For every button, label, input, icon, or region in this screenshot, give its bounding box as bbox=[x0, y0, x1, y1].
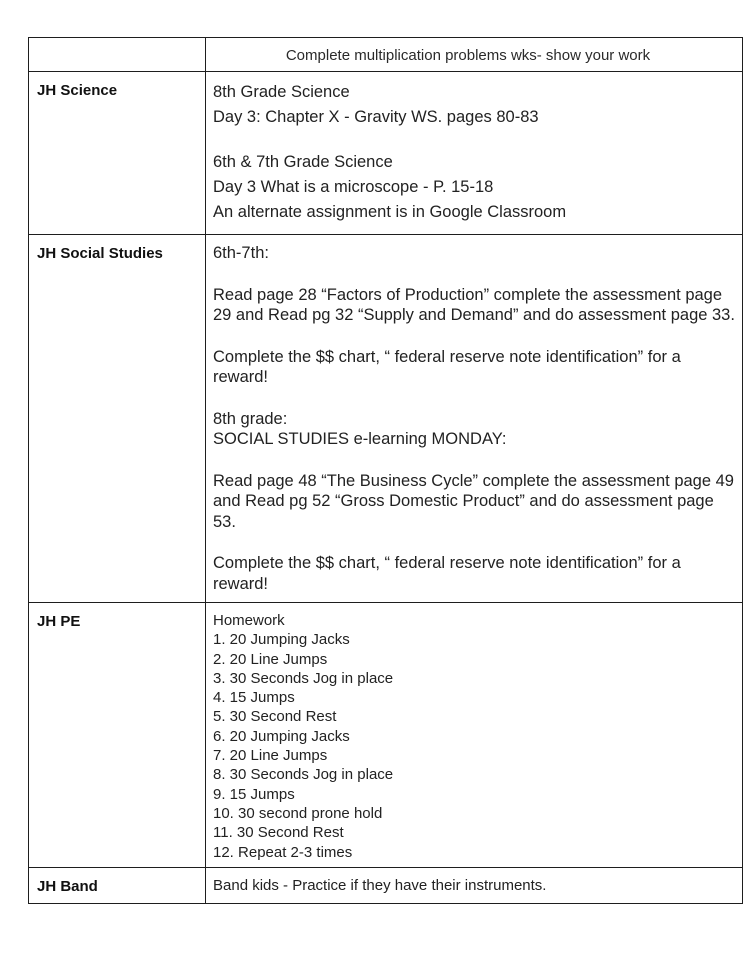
science-grade8-title: 8th Grade Science bbox=[213, 80, 736, 105]
subject-social-studies: JH Social Studies bbox=[29, 235, 205, 262]
social-label-cell: JH Social Studies bbox=[29, 235, 206, 603]
table-row-header: Complete multiplication problems wks- sh… bbox=[29, 38, 743, 72]
social-grade8-chart: Complete the $$ chart, “ federal reserve… bbox=[213, 553, 736, 594]
science-grade8-assignment: Day 3: Chapter X - Gravity WS. pages 80-… bbox=[213, 105, 736, 130]
subject-pe: JH PE bbox=[29, 603, 205, 630]
pe-item: 4. 15 Jumps bbox=[213, 688, 736, 707]
pe-label-cell: JH PE bbox=[29, 603, 206, 868]
social-grade67-chart: Complete the $$ chart, “ federal reserve… bbox=[213, 347, 736, 388]
pe-item: 11. 30 Second Rest bbox=[213, 823, 736, 842]
science-alternate-note: An alternate assignment is in Google Cla… bbox=[213, 200, 736, 225]
pe-item: 12. Repeat 2-3 times bbox=[213, 843, 736, 862]
header-label-cell bbox=[29, 38, 206, 72]
header-label bbox=[29, 38, 205, 48]
header-instructions: Complete multiplication problems wks- sh… bbox=[206, 38, 742, 64]
pe-item: 1. 20 Jumping Jacks bbox=[213, 630, 736, 649]
social-grade67-title: 6th-7th: bbox=[213, 243, 736, 264]
subject-band: JH Band bbox=[29, 868, 205, 895]
pe-item: 10. 30 second prone hold bbox=[213, 804, 736, 823]
table-row-pe: JH PE Homework 1. 20 Jumping Jacks 2. 20… bbox=[29, 603, 743, 868]
pe-item: 7. 20 Line Jumps bbox=[213, 746, 736, 765]
science-grade67-assignment: Day 3 What is a microscope - P. 15-18 bbox=[213, 175, 736, 200]
band-content-cell: Band kids - Practice if they have their … bbox=[206, 867, 743, 903]
header-content-cell: Complete multiplication problems wks- sh… bbox=[206, 38, 743, 72]
pe-item: 2. 20 Line Jumps bbox=[213, 650, 736, 669]
table-row-band: JH Band Band kids - Practice if they hav… bbox=[29, 867, 743, 903]
science-label-cell: JH Science bbox=[29, 72, 206, 235]
pe-homework-title: Homework bbox=[213, 611, 736, 630]
pe-item: 9. 15 Jumps bbox=[213, 785, 736, 804]
pe-item: 8. 30 Seconds Jog in place bbox=[213, 765, 736, 784]
social-content-cell: 6th-7th: Read page 28 “Factors of Produc… bbox=[206, 235, 743, 603]
band-instructions: Band kids - Practice if they have their … bbox=[206, 868, 742, 903]
subject-science: JH Science bbox=[29, 72, 205, 99]
assignments-table: Complete multiplication problems wks- sh… bbox=[28, 37, 743, 904]
pe-item: 3. 30 Seconds Jog in place bbox=[213, 669, 736, 688]
social-grade67-reading: Read page 28 “Factors of Production” com… bbox=[213, 285, 736, 326]
pe-item: 6. 20 Jumping Jacks bbox=[213, 727, 736, 746]
science-grade67-title: 6th & 7th Grade Science bbox=[213, 150, 736, 175]
social-grade8-subtitle: SOCIAL STUDIES e-learning MONDAY: bbox=[213, 429, 736, 450]
band-label-cell: JH Band bbox=[29, 867, 206, 903]
pe-content-cell: Homework 1. 20 Jumping Jacks 2. 20 Line … bbox=[206, 603, 743, 868]
table-row-social-studies: JH Social Studies 6th-7th: Read page 28 … bbox=[29, 235, 743, 603]
social-grade8-reading: Read page 48 “The Business Cycle” comple… bbox=[213, 471, 736, 533]
science-content-cell: 8th Grade Science Day 3: Chapter X - Gra… bbox=[206, 72, 743, 235]
pe-item: 5. 30 Second Rest bbox=[213, 707, 736, 726]
social-grade8-title: 8th grade: bbox=[213, 409, 736, 430]
table-row-science: JH Science 8th Grade Science Day 3: Chap… bbox=[29, 72, 743, 235]
